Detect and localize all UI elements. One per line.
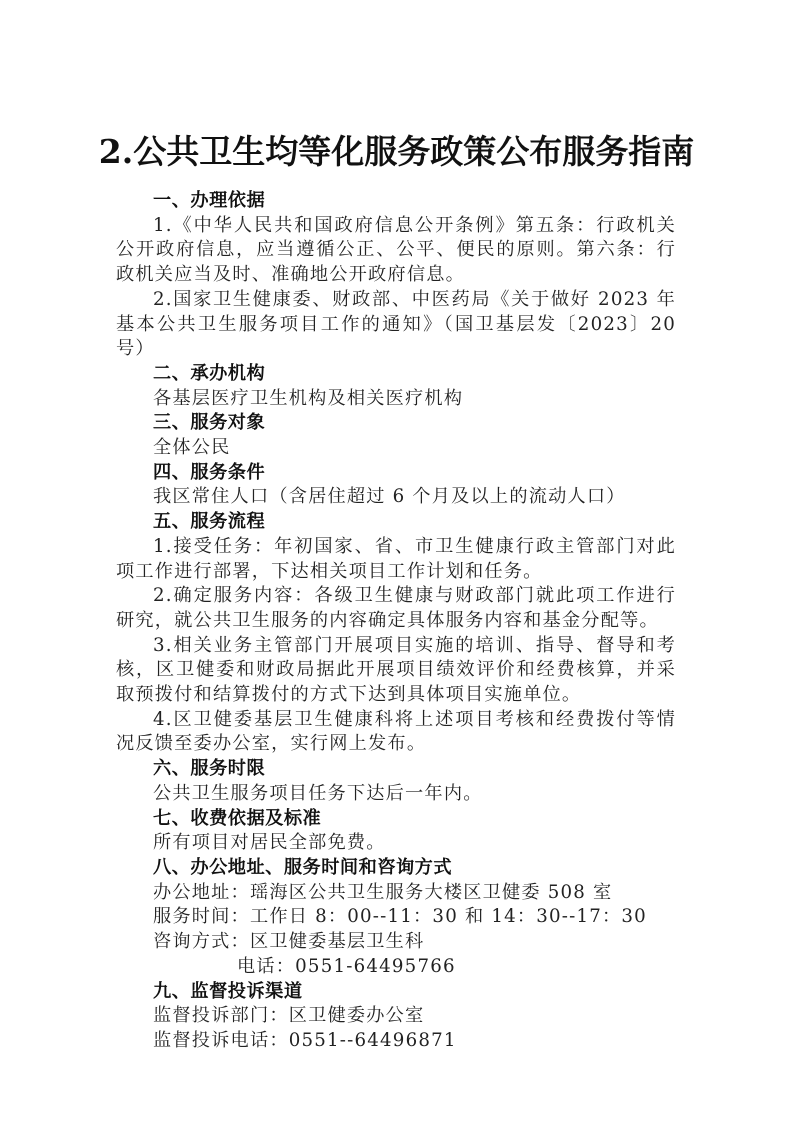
process-step-2: 2.确定服务内容：各级卫生健康与财政部门就此项工作进行研究，就公共卫生服务的内容… bbox=[116, 584, 676, 633]
document-page: 2.公共卫生均等化服务政策公布服务指南 一、办理依据 1.《中华人民共和国政府信… bbox=[0, 0, 793, 1122]
process-step-4: 4.区卫健委基层卫生健康科将上述项目考核和经费拨付等情况反馈至委办公室，实行网上… bbox=[116, 708, 676, 757]
complaint-phone-label: 监督投诉电话： bbox=[153, 1029, 289, 1054]
complaint-phone-value: 0551--64496871 bbox=[289, 1030, 457, 1051]
section-heading-process: 五、服务流程 bbox=[116, 510, 676, 535]
section-heading-basis: 一、办理依据 bbox=[116, 189, 676, 214]
section-heading-complaints: 九、监督投诉渠道 bbox=[116, 980, 676, 1005]
section-heading-time-limit: 六、服务时限 bbox=[116, 757, 676, 782]
target-text: 全体公民 bbox=[116, 436, 676, 461]
section-heading-contact: 八、办公地址、服务时间和咨询方式 bbox=[116, 856, 676, 881]
time-limit-text: 公共卫生服务项目任务下达后一年内。 bbox=[116, 782, 676, 807]
conditions-text: 我区常住人口（含居住超过 6 个月及以上的流动人口） bbox=[116, 485, 676, 510]
service-hours-value: 工作日 8：00--11：30 和 14：30--17：30 bbox=[250, 906, 647, 927]
fees-text: 所有项目对居民全部免费。 bbox=[116, 831, 676, 856]
section-heading-fees: 七、收费依据及标准 bbox=[116, 807, 676, 832]
office-address-row: 办公地址：瑶海区公共卫生服务大楼区卫健委 508 室 bbox=[116, 881, 676, 906]
consult-phone-row: 电话：0551-64495766 bbox=[116, 955, 676, 980]
basis-paragraph-2: 2.国家卫生健康委、财政部、中医药局《关于做好 2023 年基本公共卫生服务项目… bbox=[116, 288, 676, 362]
service-hours-label: 服务时间： bbox=[153, 905, 250, 930]
office-address-label: 办公地址： bbox=[153, 881, 250, 906]
section-heading-conditions: 四、服务条件 bbox=[116, 461, 676, 486]
complaint-dept-row: 监督投诉部门：区卫健委办公室 bbox=[116, 1004, 676, 1029]
section-heading-target: 三、服务对象 bbox=[116, 411, 676, 436]
basis-paragraph-1: 1.《中华人民共和国政府信息公开条例》第五条：行政机关公开政府信息，应当遵循公正… bbox=[116, 214, 676, 288]
process-step-3: 3.相关业务主管部门开展项目实施的培训、指导、督导和考核，区卫健委和财政局据此开… bbox=[116, 634, 676, 708]
consult-dept-value: 区卫健委基层卫生科 bbox=[250, 931, 425, 952]
office-address-value: 瑶海区公共卫生服务大楼区卫健委 508 室 bbox=[250, 882, 612, 903]
process-step-1: 1.接受任务：年初国家、省、市卫生健康行政主管部门对此项工作进行部署，下达相关项… bbox=[116, 535, 676, 584]
agency-text: 各基层医疗卫生机构及相关医疗机构 bbox=[116, 387, 676, 412]
complaint-dept-label: 监督投诉部门： bbox=[153, 1004, 289, 1029]
consult-row: 咨询方式：区卫健委基层卫生科 bbox=[116, 930, 676, 955]
consult-phone-value: 电话：0551-64495766 bbox=[237, 956, 456, 977]
complaint-dept-value: 区卫健委办公室 bbox=[289, 1005, 425, 1026]
document-body: 一、办理依据 1.《中华人民共和国政府信息公开条例》第五条：行政机关公开政府信息… bbox=[116, 189, 676, 1054]
document-title: 2.公共卫生均等化服务政策公布服务指南 bbox=[0, 128, 793, 176]
consult-label: 咨询方式： bbox=[153, 930, 250, 955]
complaint-phone-row: 监督投诉电话：0551--64496871 bbox=[116, 1029, 676, 1054]
service-hours-row: 服务时间：工作日 8：00--11：30 和 14：30--17：30 bbox=[116, 905, 676, 930]
section-heading-agency: 二、承办机构 bbox=[116, 362, 676, 387]
